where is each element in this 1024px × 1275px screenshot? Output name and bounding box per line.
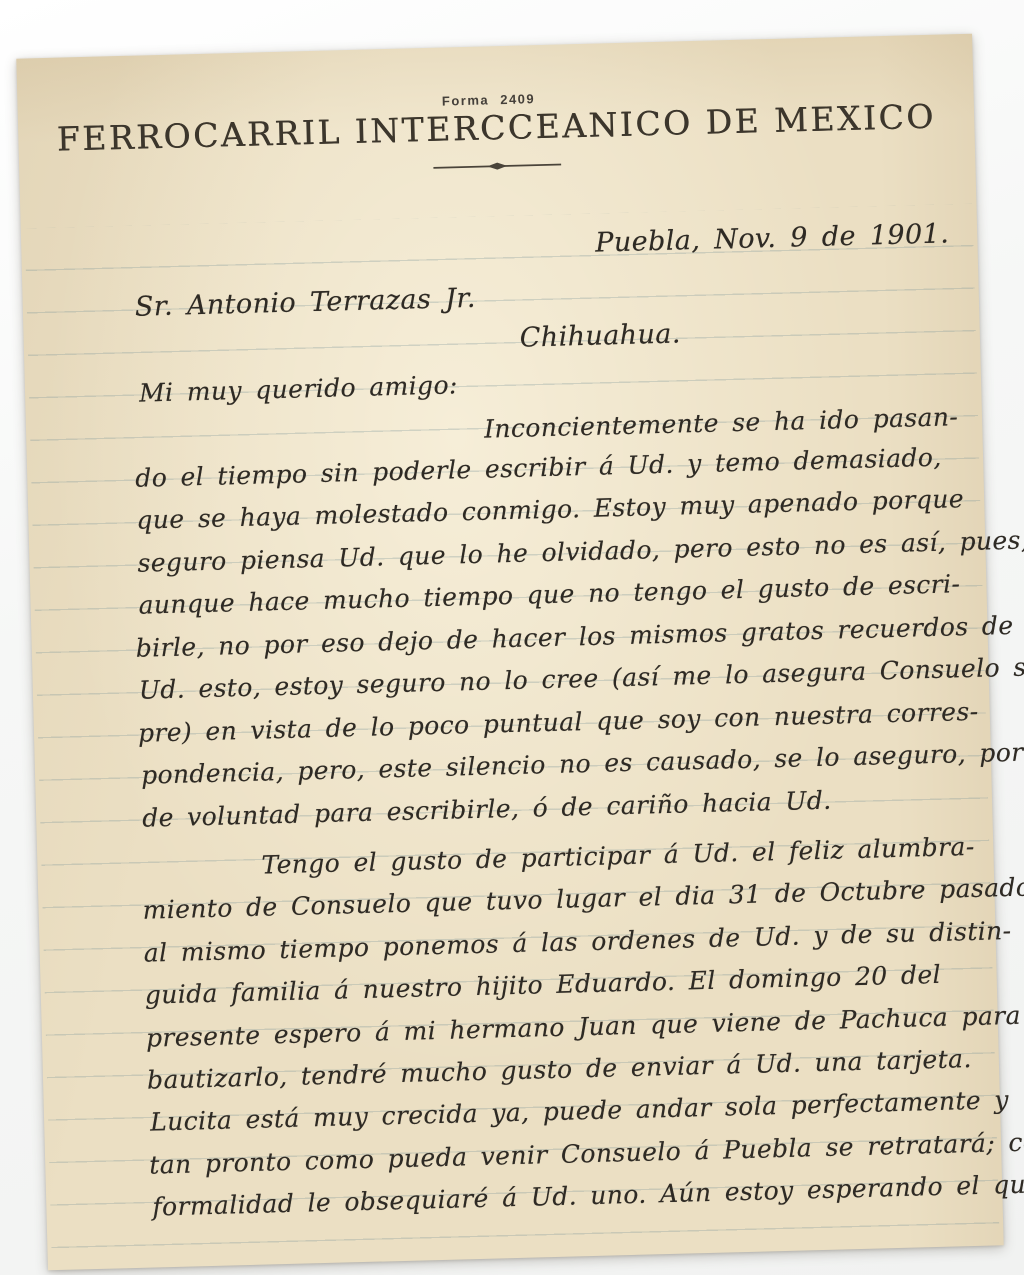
handwritten-line: formalidad le obsequiaré á Ud. uno. Aún … — [152, 1169, 1024, 1221]
scanner-background: Forma 2409 FERROCARRIL INTERCCEANICO DE … — [0, 0, 1024, 1275]
handwritten-line: tan pronto como pueda venir Consuelo á P… — [149, 1125, 1024, 1180]
handwritten-line: pre) en vista de lo poco puntual que soy… — [138, 697, 979, 748]
handwritten-line: miento de Consuelo que tuvo lugar el dia… — [142, 872, 1024, 924]
divider-ornament-icon — [433, 158, 561, 173]
handwritten-line: que se haya molestado conmigo. Estoy muy… — [136, 484, 964, 535]
handwritten-line: bautizarlo, tendré mucho gusto de enviar… — [147, 1044, 972, 1095]
handwritten-line: presente espero á mi hermano Juan que vi… — [146, 1001, 1022, 1053]
recipient-city: Chihuahua. — [519, 318, 681, 353]
dateline: Puebla, Nov. 9 de 1901. — [595, 218, 950, 258]
handwritten-line: al mismo tiempo ponemos á las ordenes de… — [143, 916, 1011, 968]
recipient-name: Sr. Antonio Terrazas Jr. — [134, 283, 476, 323]
handwritten-line: birle, no por eso dejo de hacer los mism… — [135, 611, 1013, 663]
handwritten-line: Tengo el gusto de participar á Ud. el fe… — [261, 832, 975, 880]
handwritten-line: guida familia á nuestro hijito Eduardo. … — [144, 960, 941, 1010]
handwritten-line: do el tiempo sin poderle escribir á Ud. … — [135, 443, 942, 493]
handwritten-line: aunque hace mucho tiempo que no tengo el… — [138, 569, 960, 620]
salutation: Mi muy querido amigo: — [139, 370, 458, 407]
handwritten-line: Inconcientemente se ha ido pasan- — [484, 402, 959, 443]
handwritten-line: de voluntad para escribirle, ó de cariño… — [142, 786, 832, 833]
letter-paper: Forma 2409 FERROCARRIL INTERCCEANICO DE … — [16, 34, 1003, 1271]
handwritten-line: seguro piensa Ud. que lo he olvidado, pe… — [137, 525, 1024, 577]
handwritten-line: Lucita está muy crecida ya, puede andar … — [150, 1085, 1009, 1136]
